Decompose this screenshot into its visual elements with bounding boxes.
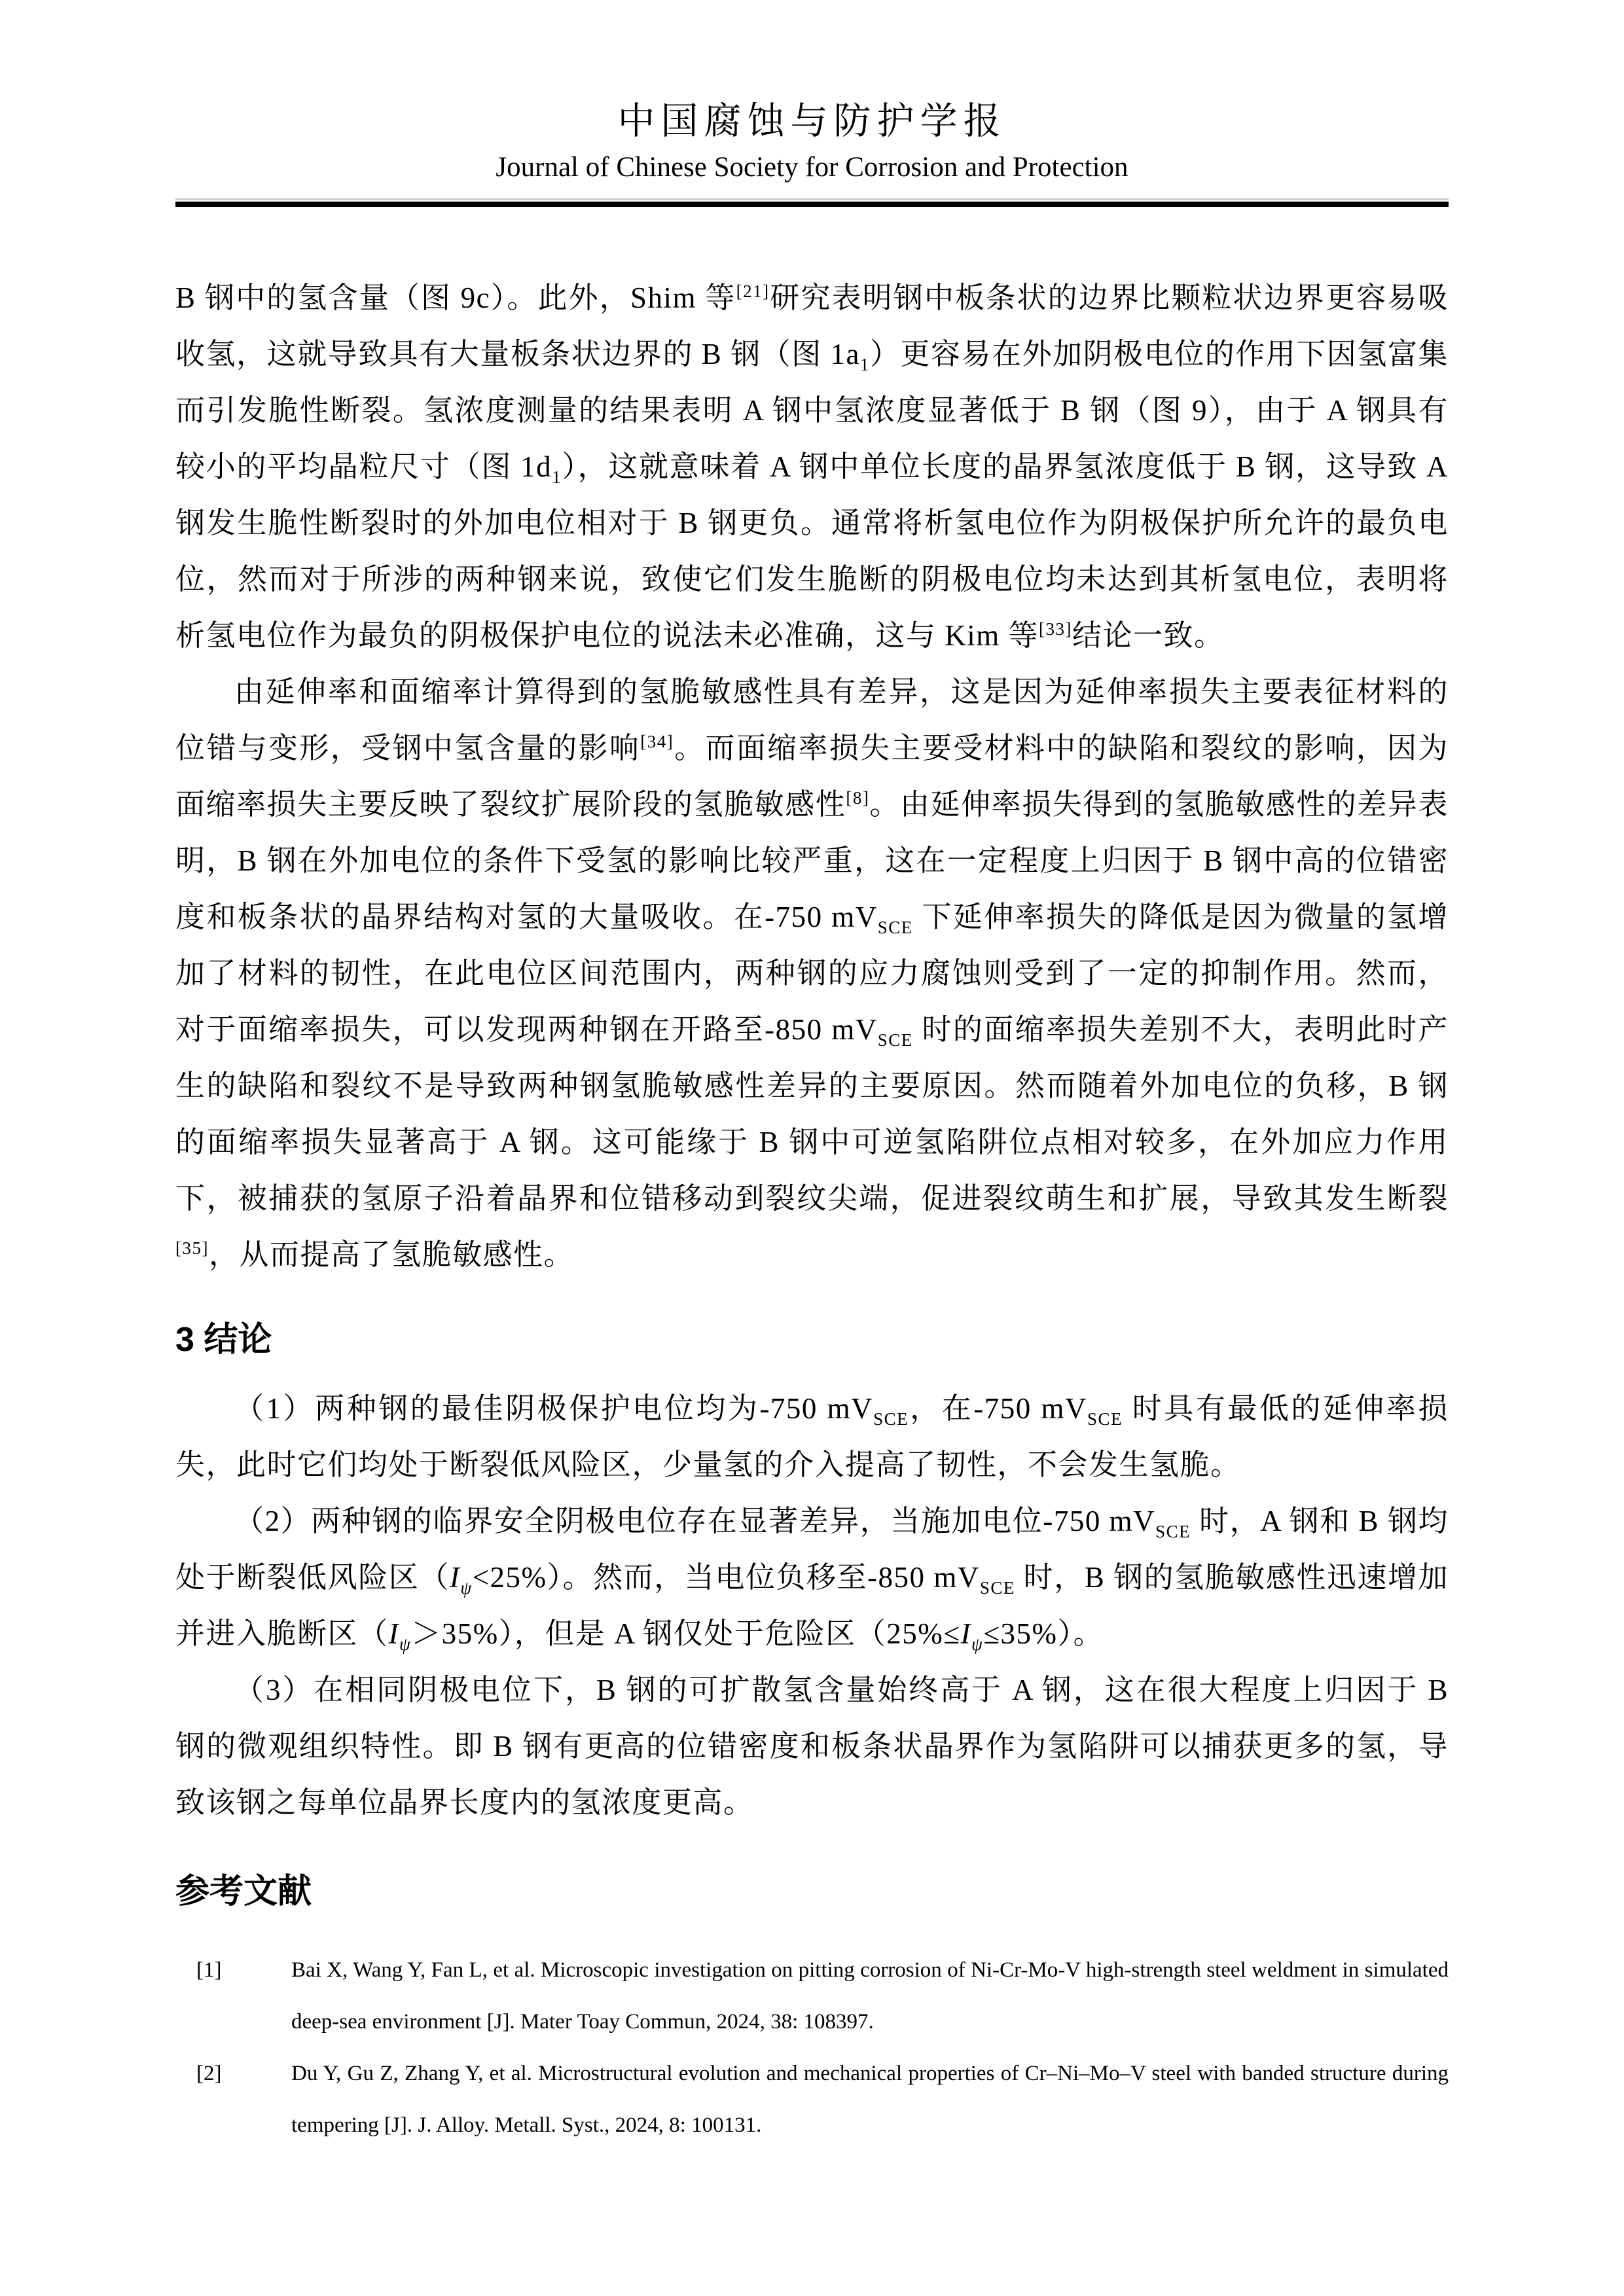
reference-number: [1] bbox=[196, 1945, 221, 1996]
conclusion-item-3: （3）在相同阴极电位下，B 钢的可扩散氢含量始终高于 A 钢，这在很大程度上归因… bbox=[175, 1662, 1449, 1831]
references-list: [1] Bai X, Wang Y, Fan L, et al. Microsc… bbox=[175, 1945, 1449, 2151]
reference-text: Du Y, Gu Z, Zhang Y, et al. Microstructu… bbox=[291, 2062, 1449, 2137]
body-paragraph-1: B 钢中的氢含量（图 9c）。此外，Shim 等[21]研究表明钢中板条状的边界… bbox=[175, 270, 1449, 664]
page-content: 中国腐蚀与防护学报 Journal of Chinese Society for… bbox=[0, 0, 1624, 2151]
reference-item-2: [2] Du Y, Gu Z, Zhang Y, et al. Microstr… bbox=[175, 2048, 1449, 2151]
references-section-heading: 参考文献 bbox=[175, 1870, 1449, 1914]
header-rule bbox=[175, 198, 1449, 207]
conclusion-item-2: （2）两种钢的临界安全阴极电位存在显著差异，当施加电位-750 mVSCE 时，… bbox=[175, 1493, 1449, 1662]
journal-title-en: Journal of Chinese Society for Corrosion… bbox=[175, 151, 1449, 183]
reference-text: Bai X, Wang Y, Fan L, et al. Microscopic… bbox=[291, 1958, 1449, 2034]
reference-item-1: [1] Bai X, Wang Y, Fan L, et al. Microsc… bbox=[175, 1945, 1449, 2048]
header-rule-thick-line bbox=[175, 202, 1449, 207]
conclusion-section-heading: 3 结论 bbox=[175, 1318, 1449, 1363]
body-paragraph-2: 由延伸率和面缩率计算得到的氢脆敏感性具有差异，这是因为延伸率损失主要表征材料的位… bbox=[175, 664, 1449, 1283]
reference-number: [2] bbox=[196, 2048, 221, 2100]
header-rule-thin-line bbox=[175, 198, 1449, 200]
article-body: B 钢中的氢含量（图 9c）。此外，Shim 等[21]研究表明钢中板条状的边界… bbox=[175, 270, 1449, 2151]
journal-title-cn: 中国腐蚀与防护学报 bbox=[175, 98, 1449, 145]
page: 中国腐蚀与防护学报 Journal of Chinese Society for… bbox=[0, 0, 1624, 2296]
page-header: 中国腐蚀与防护学报 Journal of Chinese Society for… bbox=[175, 98, 1449, 184]
conclusion-item-1: （1）两种钢的最佳阴极保护电位均为-750 mVSCE，在-750 mVSCE … bbox=[175, 1380, 1449, 1493]
